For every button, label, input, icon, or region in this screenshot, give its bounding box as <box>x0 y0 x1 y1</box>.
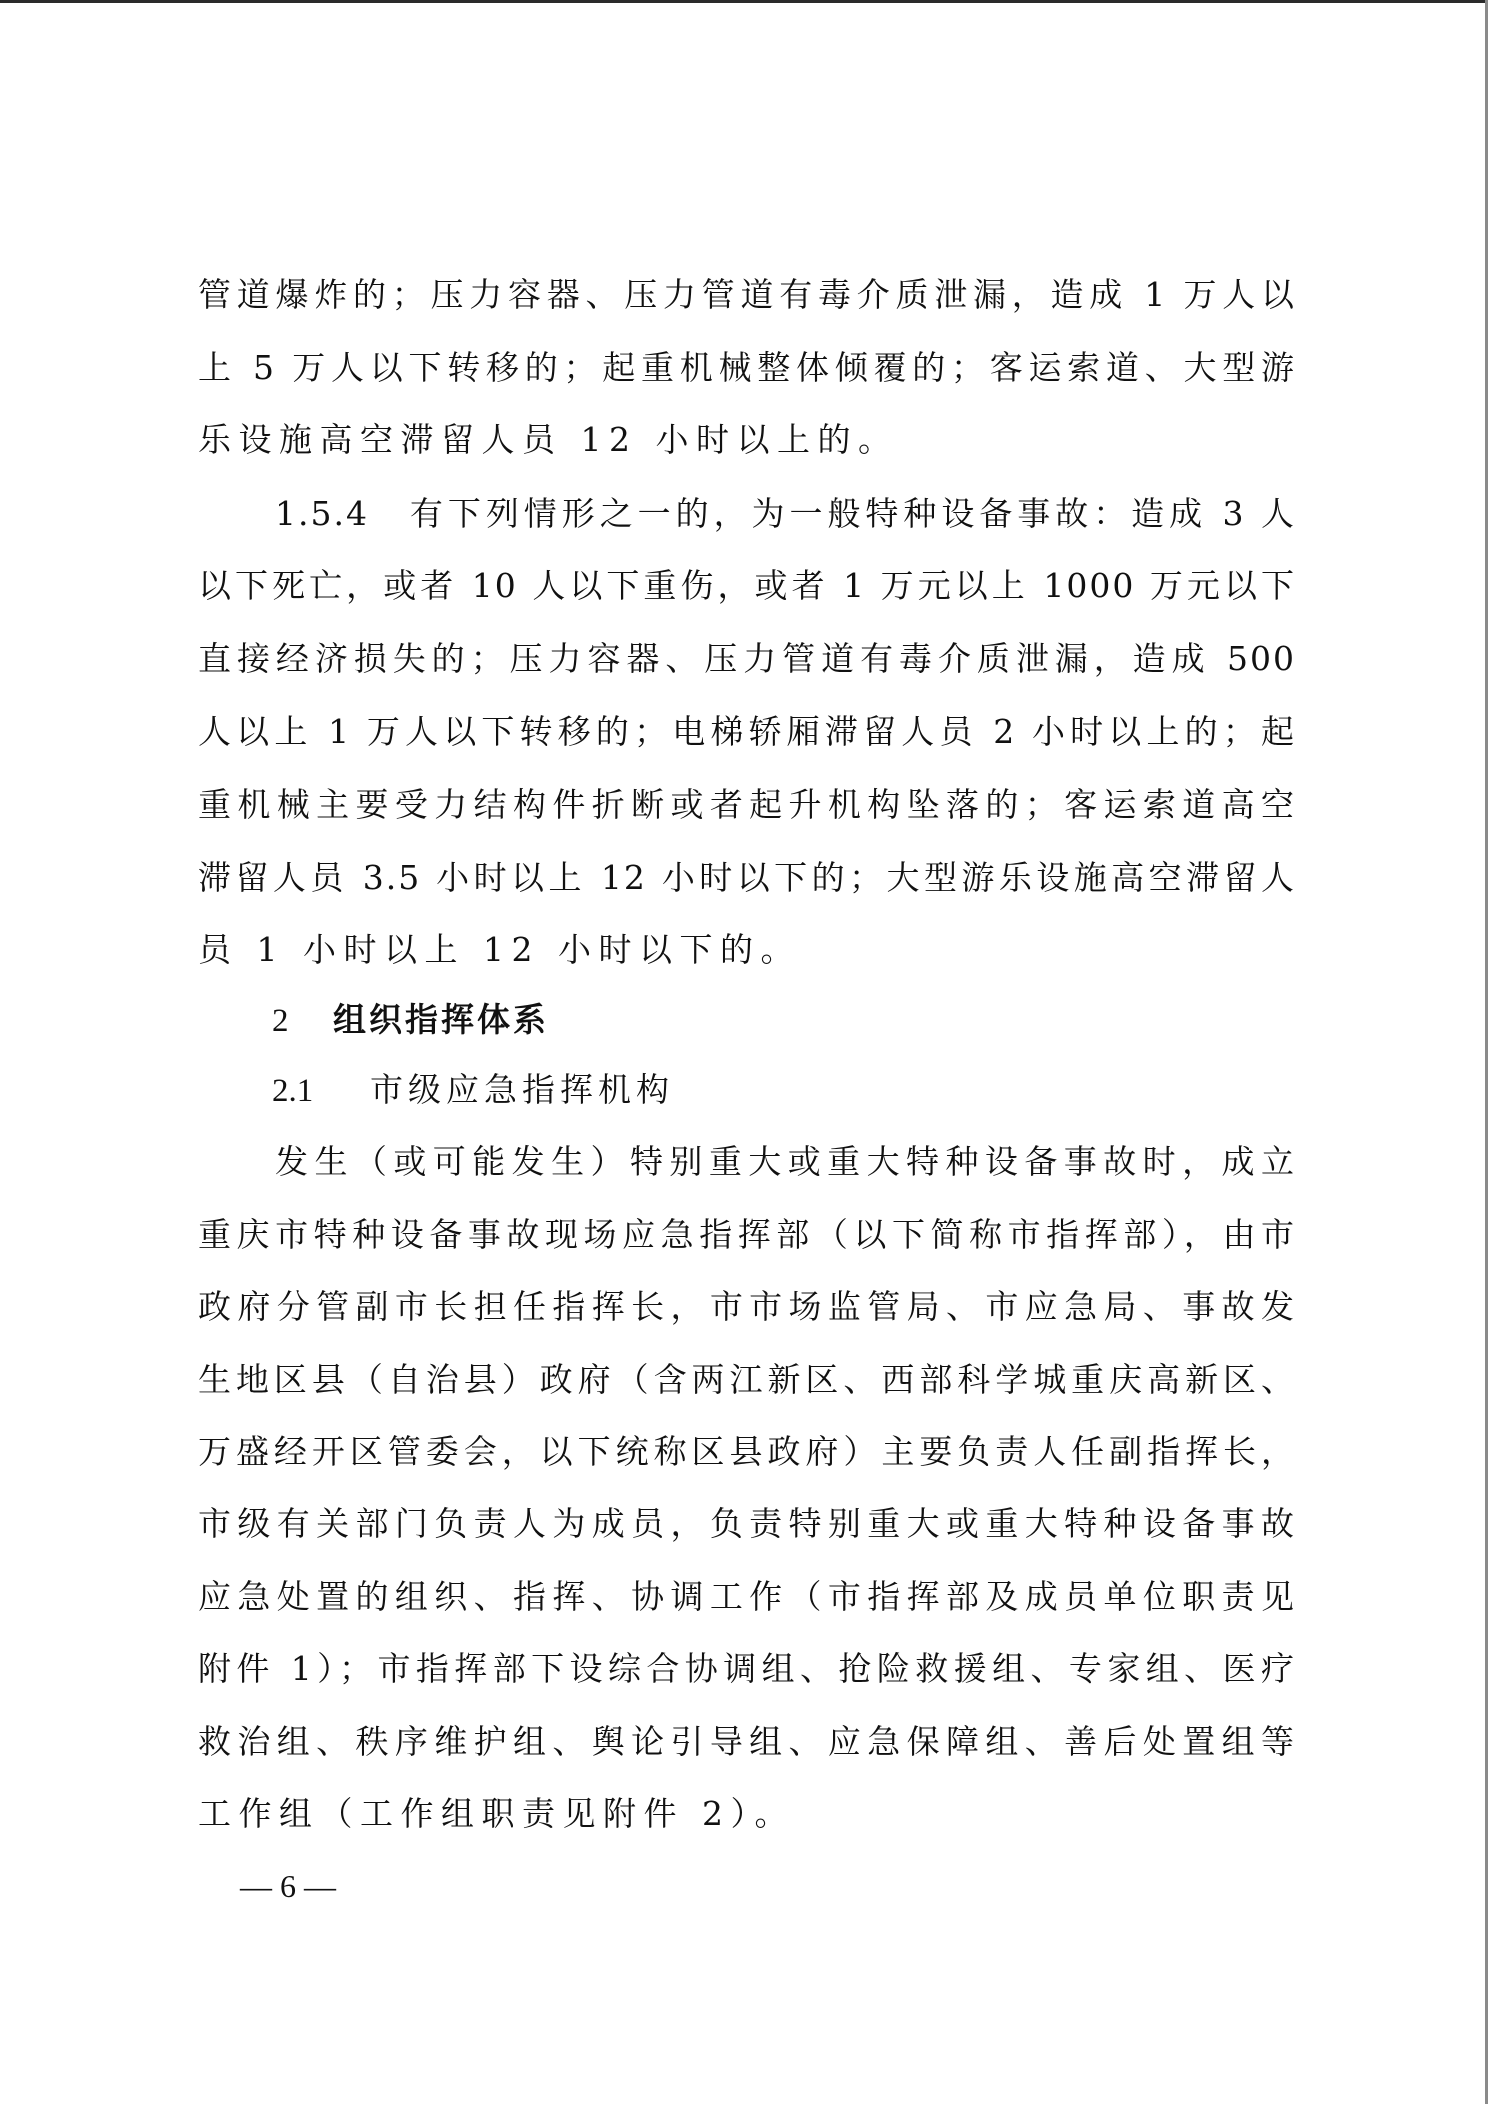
section-paragraph-line: 工作组（工作组职责见附件 2）。 <box>198 1792 1296 1836</box>
clause-1-5-4-line: 滞留人员 3.5 小时以上 12 小时以下的；大型游乐设施高空滞留人 <box>198 856 1296 900</box>
section-paragraph-line: 政府分管副市长担任指挥长，市市场监管局、市应急局、事故发 <box>198 1285 1296 1329</box>
section-heading: 2组织指挥体系 <box>272 998 549 1042</box>
clause-1-5-4-line: 重机械主要受力结构件折断或者起升机构坠落的；客运索道高空 <box>198 783 1296 827</box>
section-number: 2 <box>272 999 333 1043</box>
paragraph-continuation-line: 管道爆炸的；压力容器、压力管道有毒介质泄漏，造成 1 万人以 <box>198 273 1296 317</box>
clause-1-5-4-line: 直接经济损失的；压力容器、压力管道有毒介质泄漏，造成 500 <box>198 637 1296 681</box>
paragraph-continuation-line: 乐设施高空滞留人员 12 小时以上的。 <box>198 418 1296 462</box>
section-title: 组织指挥体系 <box>333 1000 549 1039</box>
paragraph-continuation-line: 上 5 万人以下转移的；起重机械整体倾覆的；客运索道、大型游 <box>198 346 1296 390</box>
subsection-number: 2.1 <box>272 1069 370 1113</box>
section-paragraph-line: 重庆市特种设备事故现场应急指挥部（以下简称市指挥部），由市 <box>198 1213 1296 1257</box>
section-paragraph-line: 生地区县（自治县）政府（含两江新区、西部科学城重庆高新区、 <box>198 1358 1296 1402</box>
section-paragraph-line: 应急处置的组织、指挥、协调工作（市指挥部及成员单位职责见 <box>198 1575 1296 1619</box>
clause-1-5-4-line: 1.5.4 有下列情形之一的，为一般特种设备事故：造成 3 人 <box>275 492 1296 536</box>
page-edge-top <box>0 0 1488 3</box>
clause-1-5-4-line: 人以上 1 万人以下转移的；电梯轿厢滞留人员 2 小时以上的；起 <box>198 710 1296 754</box>
section-paragraph-line: 附件 1）；市指挥部下设综合协调组、抢险救援组、专家组、医疗 <box>198 1647 1296 1691</box>
subsection-heading: 2.1市级应急指挥机构 <box>272 1068 674 1112</box>
subsection-title: 市级应急指挥机构 <box>370 1070 674 1109</box>
clause-1-5-4-line: 以下死亡，或者 10 人以下重伤，或者 1 万元以上 1000 万元以下 <box>198 564 1296 608</box>
page-number: — 6 — <box>240 1866 336 1906</box>
section-paragraph-line: 市级有关部门负责人为成员，负责特别重大或重大特种设备事故 <box>198 1502 1296 1546</box>
clause-1-5-4-line: 员 1 小时以上 12 小时以下的。 <box>198 928 1296 972</box>
section-paragraph-line: 发生（或可能发生）特别重大或重大特种设备事故时，成立 <box>275 1140 1296 1184</box>
section-paragraph-line: 救治组、秩序维护组、舆论引导组、应急保障组、善后处置组等 <box>198 1720 1296 1764</box>
section-paragraph-line: 万盛经开区管委会，以下统称区县政府）主要负责人任副指挥长， <box>198 1430 1296 1474</box>
